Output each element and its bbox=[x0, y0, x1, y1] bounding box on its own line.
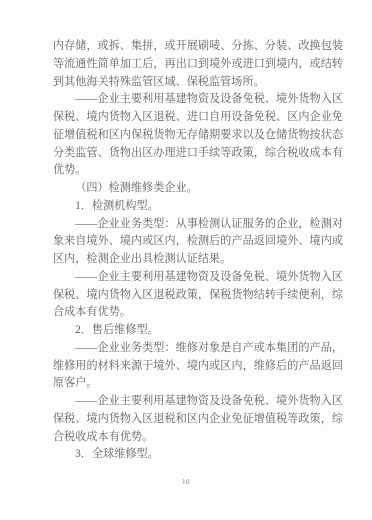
paragraph-policy-aftersales: ——企业主要利用基建物资及设备免税、境外货物入区保税、境内货物入区退税和区内企业… bbox=[53, 393, 343, 446]
subheading-type-2: 2．售后维修型。 bbox=[53, 322, 343, 340]
subheading-type-1: 1．检测机构型。 bbox=[53, 198, 343, 216]
document-body: 内存储，或拆、集拼，或开展刷唛、分拣、分装、改换包装等流通性简单加工后，再出口到… bbox=[53, 38, 343, 464]
paragraph-business-type-aftersales: ——企业业务类型：维修对象是自产或本集团的产品，维修用的材料来源于境外、境内或区… bbox=[53, 340, 343, 393]
document-page: 内存储，或拆、集拼，或开展刷唛、分拣、分装、改换包装等流通性简单加工后，再出口到… bbox=[0, 0, 372, 520]
paragraph-policy-inspection: ——企业主要利用基建物资及设备免税、境外货物入区保税、境内货物入区退税政策，保税… bbox=[53, 269, 343, 322]
page-footer: 10 bbox=[0, 471, 372, 489]
page-number: 10 bbox=[182, 478, 190, 486]
subheading-type-3: 3．全球维修型。 bbox=[53, 446, 343, 464]
paragraph-continuation: 内存储，或拆、集拼，或开展刷唛、分拣、分装、改换包装等流通性简单加工后，再出口到… bbox=[53, 38, 343, 91]
paragraph-policy-logistics: ——企业主要利用基建物资及设备免税、境外货物入区保税、境内货物入区退税、进口自用… bbox=[53, 91, 343, 180]
heading-section-4: （四）检测维修类企业。 bbox=[53, 180, 343, 198]
paragraph-business-type-inspection: ——企业业务类型：从事检测认证服务的企业，检测对象来自境外、境内或区内，检测后的… bbox=[53, 216, 343, 269]
